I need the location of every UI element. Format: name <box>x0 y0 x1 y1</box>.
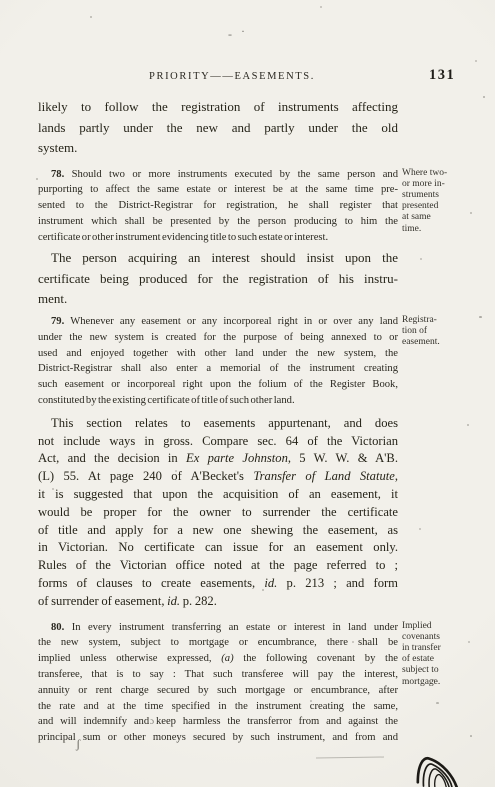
margin-note-line: presented <box>402 201 495 212</box>
text-line: such easement or incorporeal right upon … <box>38 377 398 393</box>
text-line: system. <box>38 138 398 159</box>
text-line: constituted by the existing certificate … <box>38 393 398 409</box>
scan-speck <box>310 700 312 702</box>
scan-speck <box>320 6 322 8</box>
margin-note: Impliedcovenantsin transferof estatesubj… <box>402 621 495 688</box>
scan-speck <box>175 470 177 472</box>
text-line: purporting to affect the same estate or … <box>38 182 398 198</box>
statute-section: 79. Whenever any easement or any incorpo… <box>38 314 398 409</box>
margin-note-line: or more in- <box>402 179 495 190</box>
body-column: likely to follow the registration of ins… <box>38 97 398 746</box>
margin-note-line: Implied <box>402 621 495 632</box>
text-line: ment. <box>38 289 398 310</box>
scan-speck <box>52 488 54 490</box>
paragraph: likely to follow the registration of ins… <box>38 97 398 159</box>
scan-speck <box>475 60 477 62</box>
text-line: the rate and at the time specified in th… <box>38 699 398 715</box>
margin-note: Where two-or more in-strumentspresenteda… <box>402 168 495 235</box>
margin-note-line: tion of <box>402 326 495 337</box>
paragraph: This section relates to easements appurt… <box>38 415 398 611</box>
text-line: sented to the District-Registrar for reg… <box>38 198 398 214</box>
scan-speck <box>36 178 38 180</box>
margin-note-line: mortgage. <box>402 677 495 688</box>
text-line: District-Registrar shall also enter a me… <box>38 361 398 377</box>
text-line: used and enjoyed together with other lan… <box>38 346 398 362</box>
text-line: lands partly under the new and partly un… <box>38 118 398 139</box>
scan-speck <box>468 641 470 643</box>
margin-note-line: time. <box>402 224 495 235</box>
margin-note-line: easement. <box>402 337 495 348</box>
text-line: it is suggested that upon the acquisitio… <box>38 486 398 504</box>
text-line: and will indemnify and keep harmless the… <box>38 714 398 730</box>
margin-note-line: subject to <box>402 665 495 676</box>
scan-speck <box>90 16 92 18</box>
text-line: not include ways in gross. Compare sec. … <box>38 433 398 451</box>
pencil-glyph-mark: · <box>241 24 245 39</box>
scan-speck <box>262 589 264 591</box>
statute-section: 80. In every instrument transferring an … <box>38 620 398 746</box>
text-line: forms of clauses to create easements, id… <box>38 575 398 593</box>
margin-note-line: in transfer <box>402 643 495 654</box>
margin-note: Registra-tion ofeasement. <box>402 315 495 349</box>
pencil-line-mark <box>316 757 384 759</box>
text-line: Rules of the Victorian office noted at t… <box>38 557 398 575</box>
running-header-title: PRIORITY——EASEMENTS. <box>149 71 315 82</box>
margin-note-line: Where two- <box>402 168 495 179</box>
scan-speck <box>470 212 472 214</box>
scan-speck <box>420 258 422 260</box>
margin-note-line: struments <box>402 190 495 201</box>
scan-speck <box>250 720 252 722</box>
text-line: instrument which shall be presented by t… <box>38 214 398 230</box>
text-line: of title and apply for a new one shewing… <box>38 522 398 540</box>
text-line: (L) 55. At page 240 of A'Becket's Transf… <box>38 468 398 486</box>
pencil-glyph-mark: ʃ <box>76 736 80 752</box>
paragraph: The person acquiring an interest should … <box>38 248 398 310</box>
text-line: certificate being produced for the regis… <box>38 269 398 290</box>
text-line: in Victorian. No certificate can issue f… <box>38 539 398 557</box>
text-line: of surrender of easement, id. p. 282. <box>38 593 398 611</box>
margin-note-line: of estate <box>402 654 495 665</box>
pencil-glyph-mark: - <box>228 27 232 42</box>
margin-note-line: covenants <box>402 632 495 643</box>
page-number: 131 <box>429 67 455 84</box>
margin-note-line: at same <box>402 212 495 223</box>
text-line: principal sum or other moneys secured by… <box>38 730 398 746</box>
scan-speck <box>419 528 421 530</box>
scan-speck <box>479 316 482 318</box>
text-line: 79. Whenever any easement or any incorpo… <box>38 314 398 330</box>
text-line: the new system, subject to mortgage or e… <box>38 635 398 651</box>
text-line: under the new system is created for the … <box>38 330 398 346</box>
running-header: PRIORITY——EASEMENTS. <box>52 71 412 82</box>
text-line: 80. In every instrument transferring an … <box>38 620 398 636</box>
statute-section: 78. Should two or more instruments execu… <box>38 167 398 246</box>
text-line: The person acquiring an interest should … <box>38 248 398 269</box>
scan-speck <box>436 702 439 704</box>
pencil-glyph-mark: ɔ <box>150 716 154 726</box>
scan-speck <box>433 679 435 681</box>
scan-speck <box>467 424 469 426</box>
text-line: annuity or rent charge secured by such m… <box>38 683 398 699</box>
scanned-book-page: PRIORITY——EASEMENTS. 131 likely to follo… <box>0 0 495 787</box>
pen-scribble-mark <box>408 733 493 787</box>
text-line: This section relates to easements appurt… <box>38 415 398 433</box>
text-line: 78. Should two or more instruments execu… <box>38 167 398 183</box>
text-line: implied unless otherwise expressed, (a) … <box>38 651 398 667</box>
scan-speck <box>352 641 354 643</box>
text-line: transferee, that is to say : That such t… <box>38 667 398 683</box>
text-line: certificate or other instrument evidenci… <box>38 230 398 246</box>
text-line: would be proper for the owner to surrend… <box>38 504 398 522</box>
text-line: Act, and the decision in Ex parte Johnst… <box>38 450 398 468</box>
text-line: likely to follow the registration of ins… <box>38 97 398 118</box>
scan-speck <box>483 96 485 98</box>
